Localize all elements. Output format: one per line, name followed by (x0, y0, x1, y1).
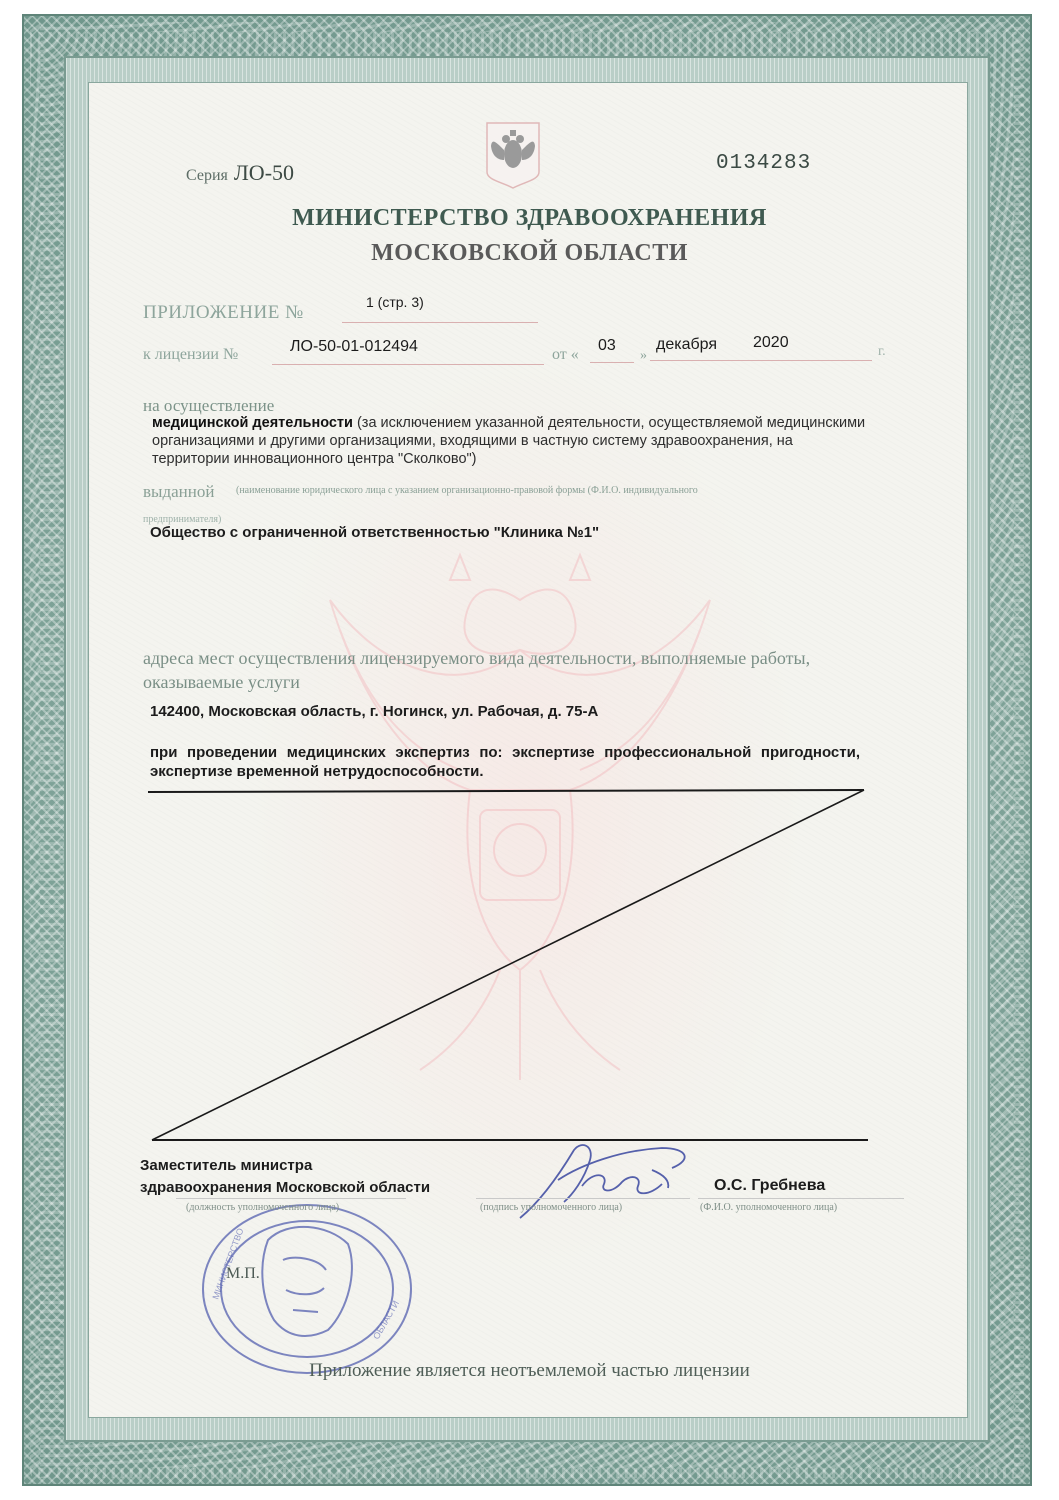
signatory-position-line2: здравоохранения Московской области (140, 1177, 430, 1199)
services-text: при проведении медицинских экспертиз по:… (150, 743, 860, 781)
serial-number: 0134283 (716, 152, 811, 175)
ministry-title-line1: МИНИСТЕРСТВО ЗДРАВООХРАНЕНИЯ (0, 205, 1059, 232)
address-label: адреса мест осуществления лицензируемого… (143, 646, 903, 694)
ministry-title-line2: МОСКОВСКОЙ ОБЛАСТИ (0, 240, 1059, 267)
fio-underline (698, 1198, 904, 1199)
license-label: к лицензии № (143, 346, 238, 364)
date-year: 2020 (753, 334, 789, 352)
date-day-close: » (640, 348, 647, 364)
date-from-label: от « (552, 346, 579, 364)
series-field: СерияЛО-50 (186, 160, 294, 186)
footer-note: Приложение является неотъемлемой частью … (0, 1360, 1059, 1382)
organization-name: Общество с ограниченной ответственностью… (150, 524, 599, 541)
eagle-watermark-icon (300, 540, 740, 1100)
activity-type: медицинской деятельности (152, 415, 353, 431)
svg-text:ОБЛАСТИ: ОБЛАСТИ (371, 1299, 401, 1341)
address-value: 142400, Московская область, г. Ногинск, … (150, 703, 598, 720)
date-day: 03 (598, 337, 616, 355)
svg-text:МИНИСТЕРСТВО: МИНИСТЕРСТВО (210, 1227, 245, 1301)
license-underline (272, 364, 544, 365)
issued-label: выданной (143, 482, 214, 502)
series-label: Серия (186, 167, 228, 184)
signature-hint: (подпись уполномоченного лица) (480, 1202, 622, 1213)
date-underline (650, 360, 872, 361)
official-seal-icon: МИНИСТЕРСТВО ОБЛАСТИ (198, 1200, 416, 1378)
date-day-underline (590, 362, 634, 363)
issued-hint: (наименование юридического лица с указан… (236, 485, 698, 496)
date-year-suffix: г. (878, 344, 886, 360)
purpose-label: на осуществление (143, 396, 274, 416)
appendix-label: ПРИЛОЖЕНИЕ № (143, 302, 304, 324)
stamp-place-label: М.П. (226, 1265, 260, 1283)
position-hint: (должность уполномоченного лица) (186, 1202, 339, 1213)
date-month: декабря (656, 336, 717, 354)
fio-hint: (Ф.И.О. уполномоченного лица) (700, 1202, 837, 1213)
purpose-text: медицинской деятельности (за исключением… (152, 414, 872, 468)
signatory-name: О.С. Гребнева (714, 1177, 825, 1195)
position-underline (176, 1198, 406, 1199)
signature-underline (476, 1198, 690, 1199)
russian-coat-of-arms-icon (484, 120, 542, 190)
signatory-position-line1: Заместитель министра (140, 1155, 430, 1177)
appendix-number: 1 (стр. 3) (366, 294, 424, 310)
appendix-underline (342, 322, 538, 323)
signatory-position: Заместитель министра здравоохранения Мос… (140, 1155, 430, 1199)
license-number: ЛО-50-01-012494 (290, 338, 418, 356)
series-value: ЛО-50 (234, 160, 294, 185)
